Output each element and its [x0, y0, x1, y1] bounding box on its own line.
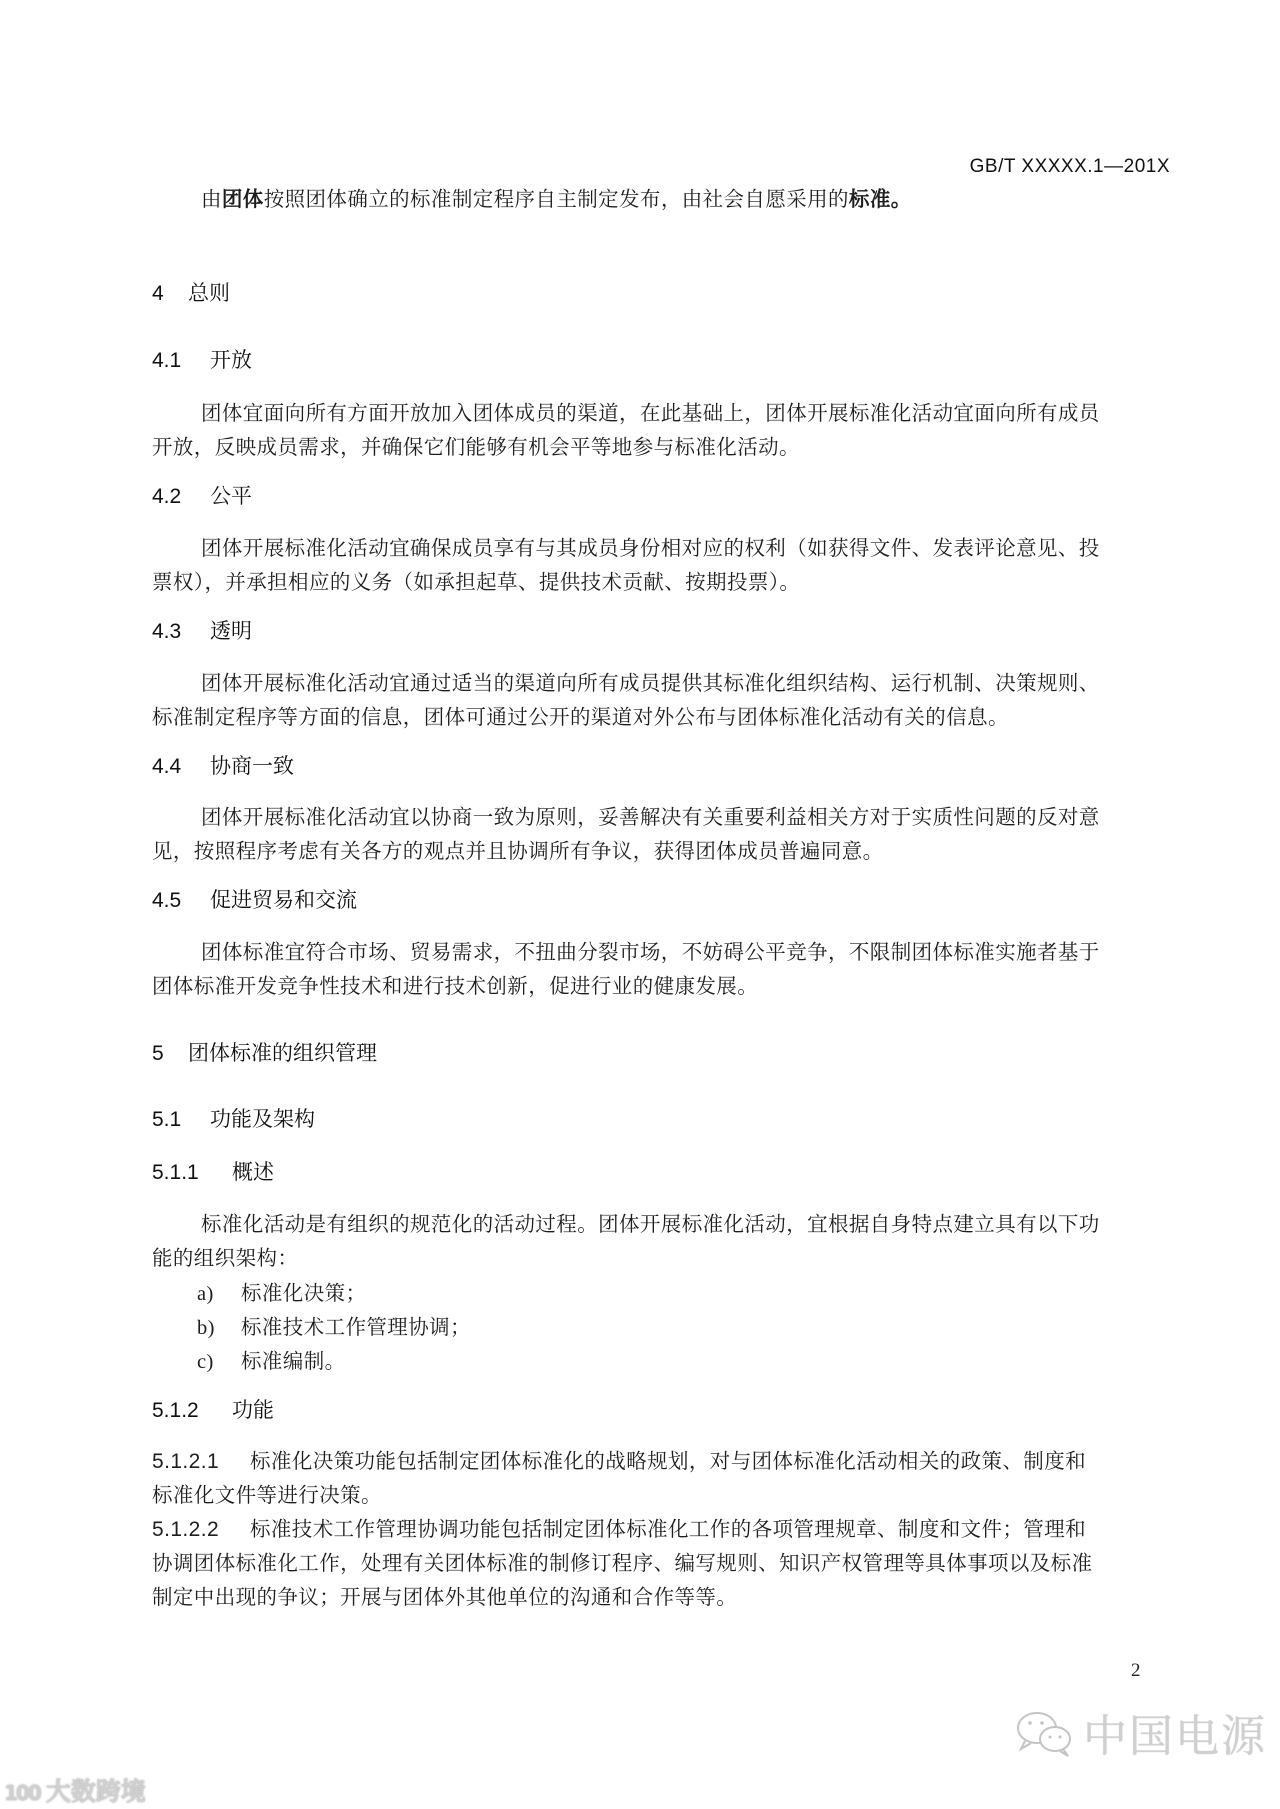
list-item: a)标准化决策； — [197, 1276, 366, 1306]
clause-number: 5.1.2.1 — [152, 1450, 250, 1474]
subsection-number: 5.1.1 — [152, 1161, 232, 1185]
list-item: b)标准技术工作管理协调； — [197, 1310, 471, 1340]
watermark-right: 中国电源 — [1015, 1700, 1267, 1771]
subsection-title: 公平 — [210, 484, 252, 508]
section-heading-5: 5团体标准的组织管理 — [152, 1037, 377, 1067]
subsection-number: 4.1 — [152, 349, 210, 373]
list-text: 标准编制。 — [241, 1349, 346, 1373]
paragraph-line: 协调团体标准化工作，处理有关团体标准的制修订程序、编写规则、知识产权管理等具体事… — [152, 1546, 1093, 1576]
section-number: 5 — [152, 1042, 188, 1066]
paragraph-line: 团体开展标准化活动宜通过适当的渠道向所有成员提供其标准化组织结构、运行机制、决策… — [201, 666, 1100, 696]
subsection-number: 5.1 — [152, 1108, 210, 1132]
paragraph-line: 票权），并承担相应的义务（如承担起草、提供技术贡献、按期投票）。 — [152, 565, 800, 595]
paragraph-line: 开放，反映成员需求，并确保它们能够有机会平等地参与标准化活动。 — [152, 430, 800, 460]
list-item: c)标准编制。 — [197, 1344, 346, 1374]
subsection-heading-4-4: 4.4协商一致 — [152, 750, 294, 780]
subsection-heading-5-1: 5.1功能及架构 — [152, 1103, 315, 1133]
subsection-number: 5.1.2 — [152, 1399, 232, 1423]
paragraph-line: 标准化活动是有组织的规范化的活动过程。团体开展标准化活动，宜根据自身特点建立具有… — [201, 1207, 1100, 1237]
definition-paragraph: 由团体按照团体确立的标准制定程序自主制定发布，由社会自愿采用的标准。 — [201, 182, 912, 212]
document-page: GB/T XXXXX.1—201X 由团体按照团体确立的标准制定程序自主制定发布… — [0, 0, 1280, 1809]
section-heading-4: 4总则 — [152, 277, 230, 307]
watermark-text: 中国电源 — [1083, 1711, 1267, 1762]
section-title: 团体标准的组织管理 — [188, 1041, 377, 1065]
paragraph-line: 制定中出现的争议；开展与团体外其他单位的沟通和合作等等。 — [152, 1580, 737, 1610]
subsection-title: 透明 — [210, 619, 252, 643]
intro-bold-term: 团体 — [222, 187, 264, 211]
subsection-number: 4.2 — [152, 485, 210, 509]
clause-number: 5.1.2.2 — [152, 1518, 250, 1542]
watermark-left: 100大数跨境 — [4, 1772, 146, 1808]
subsection-heading-4-2: 4.2公平 — [152, 480, 252, 510]
paragraph-line: 能的组织架构： — [152, 1241, 298, 1271]
subsection-title: 促进贸易和交流 — [210, 888, 357, 912]
list-marker: b) — [197, 1317, 241, 1340]
subsection-title: 功能 — [232, 1398, 274, 1422]
list-text: 标准化决策； — [241, 1281, 366, 1305]
subsection-heading-4-3: 4.3透明 — [152, 615, 252, 645]
paragraph-line: 标准化文件等进行决策。 — [152, 1478, 382, 1508]
intro-text: 。 — [891, 187, 912, 211]
clause-5-1-2-1: 5.1.2.1标准化决策功能包括制定团体标准化的战略规划，对与团体标准化活动相关… — [152, 1444, 1086, 1474]
subsection-title: 开放 — [210, 348, 252, 372]
clause-text: 标准技术工作管理协调功能包括制定团体标准化工作的各项管理规章、制度和文件；管理和 — [250, 1517, 1086, 1541]
intro-bold-term: 标准 — [849, 187, 891, 211]
section-number: 4 — [152, 282, 188, 306]
paragraph-line: 见，按照程序考虑有关各方的观点并且协调所有争议，获得团体成员普遍同意。 — [152, 834, 884, 864]
subsection-number: 4.3 — [152, 620, 210, 644]
logo-mark: 100 — [4, 1781, 40, 1805]
clause-text: 标准化决策功能包括制定团体标准化的战略规划，对与团体标准化活动相关的政策、制度和 — [250, 1449, 1086, 1473]
watermark-text: 大数跨境 — [46, 1777, 146, 1806]
paragraph-line: 团体标准开发竞争性技术和进行技术创新，促进行业的健康发展。 — [152, 969, 758, 999]
list-marker: a) — [197, 1283, 241, 1306]
subsection-title: 功能及架构 — [210, 1107, 315, 1131]
paragraph-line: 团体开展标准化活动宜确保成员享有与其成员身份相对应的权利（如获得文件、发表评论意… — [201, 531, 1100, 561]
intro-text: 由 — [201, 187, 222, 211]
page-number: 2 — [1131, 1660, 1141, 1682]
subsection-title: 协商一致 — [210, 754, 294, 778]
clause-5-1-2-2: 5.1.2.2标准技术工作管理协调功能包括制定团体标准化工作的各项管理规章、制度… — [152, 1512, 1086, 1542]
subsection-heading-4-5: 4.5促进贸易和交流 — [152, 884, 357, 914]
subsection-heading-5-1-2: 5.1.2功能 — [152, 1394, 274, 1424]
paragraph-line: 标准制定程序等方面的信息，团体可通过公开的渠道对外公布与团体标准化活动有关的信息… — [152, 700, 1009, 730]
subsection-number: 4.5 — [152, 889, 210, 913]
intro-text: 按照团体确立的标准制定程序自主制定发布，由社会自愿采用的 — [264, 187, 849, 211]
section-title: 总则 — [188, 281, 230, 305]
subsection-heading-4-1: 4.1开放 — [152, 344, 252, 374]
wechat-icon — [1015, 1708, 1077, 1771]
list-marker: c) — [197, 1351, 241, 1374]
paragraph-line: 团体宜面向所有方面开放加入团体成员的渠道，在此基础上，团体开展标准化活动宜面向所… — [201, 396, 1100, 426]
list-text: 标准技术工作管理协调； — [241, 1315, 471, 1339]
subsection-title: 概述 — [232, 1160, 274, 1184]
paragraph-line: 团体标准宜符合市场、贸易需求，不扭曲分裂市场，不妨碍公平竞争，不限制团体标准实施… — [201, 935, 1100, 965]
document-code-header: GB/T XXXXX.1—201X — [970, 156, 1170, 178]
subsection-heading-5-1-1: 5.1.1概述 — [152, 1156, 274, 1186]
subsection-number: 4.4 — [152, 755, 210, 779]
paragraph-line: 团体开展标准化活动宜以协商一致为原则，妥善解决有关重要利益相关方对于实质性问题的… — [201, 800, 1100, 830]
